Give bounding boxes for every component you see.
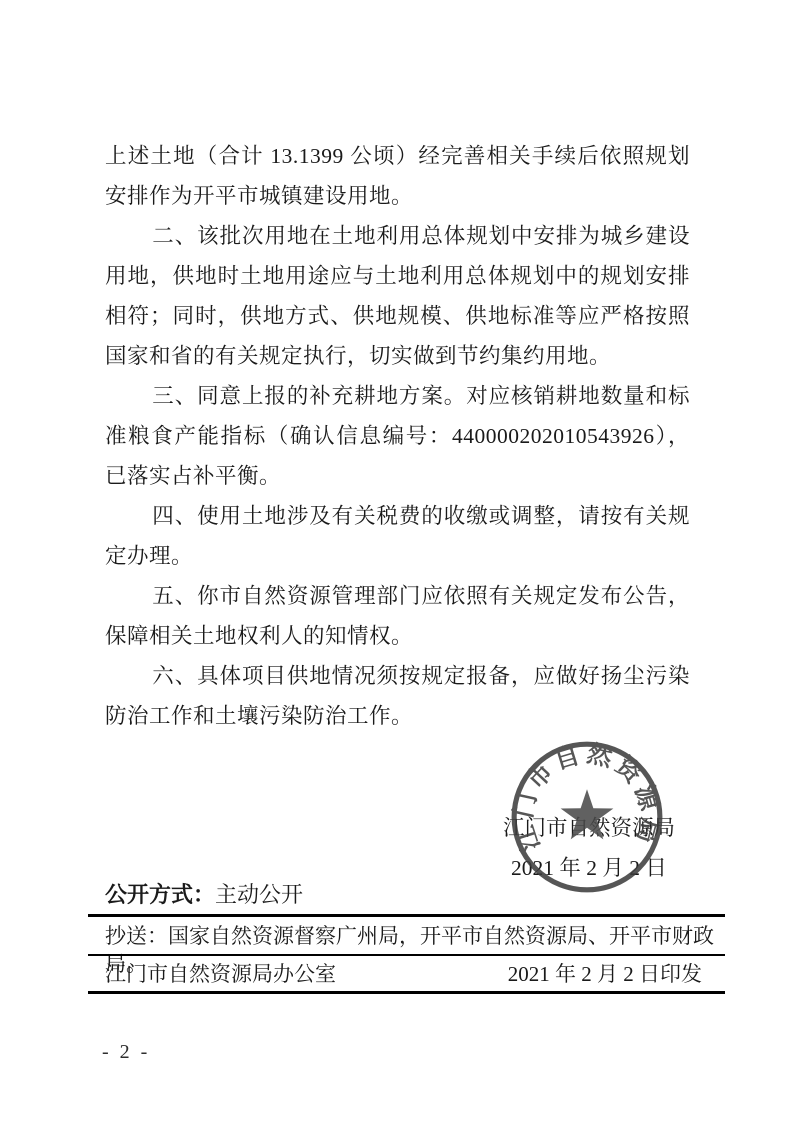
document-page: 上述土地（合计 13.1399 公顷）经完善相关手续后依照规划安排作为开平市城镇… — [0, 0, 793, 1122]
publicity-line: 公开方式：主动公开 — [105, 881, 303, 909]
paragraph-item-2: 二、该批次用地在土地利用总体规划中安排为城乡建设用地，供地时土地用途应与土地利用… — [105, 216, 690, 376]
document-body: 上述土地（合计 13.1399 公顷）经完善相关手续后依照规划安排作为开平市城镇… — [105, 136, 690, 736]
paragraph-item-5: 五、你市自然资源管理部门应依照有关规定发布公告，保障相关土地权利人的知情权。 — [105, 576, 690, 656]
print-date: 2021 年 2 月 2 日印发 — [508, 960, 702, 988]
print-line: 江门市自然资源局办公室 2021 年 2 月 2 日印发 — [105, 960, 702, 988]
signature-block: 江门市自然资源局 2021 年 2 月 2 日 — [496, 808, 682, 888]
paragraph-item-6: 六、具体项目供地情况须按规定报备，应做好扬尘污染防治工作和土壤污染防治工作。 — [105, 656, 690, 736]
signature-date: 2021 年 2 月 2 日 — [496, 848, 682, 888]
paragraph-continuation: 上述土地（合计 13.1399 公顷）经完善相关手续后依照规划安排作为开平市城镇… — [105, 136, 690, 216]
paragraph-item-4: 四、使用土地涉及有关税费的收缴或调整，请按有关规定办理。 — [105, 496, 690, 576]
footer-divider-bottom — [88, 991, 725, 994]
footer-divider-middle — [88, 954, 725, 956]
footer-divider-top — [88, 914, 725, 917]
page-number: - 2 - — [102, 1041, 150, 1064]
issuing-office: 江门市自然资源局办公室 — [105, 960, 336, 988]
signature-issuer: 江门市自然资源局 — [496, 808, 682, 848]
publicity-value: 主动公开 — [215, 882, 303, 907]
publicity-label: 公开方式： — [105, 882, 215, 907]
paragraph-item-3: 三、同意上报的补充耕地方案。对应核销耕地数量和标准粮食产能指标（确认信息编号：4… — [105, 376, 690, 496]
